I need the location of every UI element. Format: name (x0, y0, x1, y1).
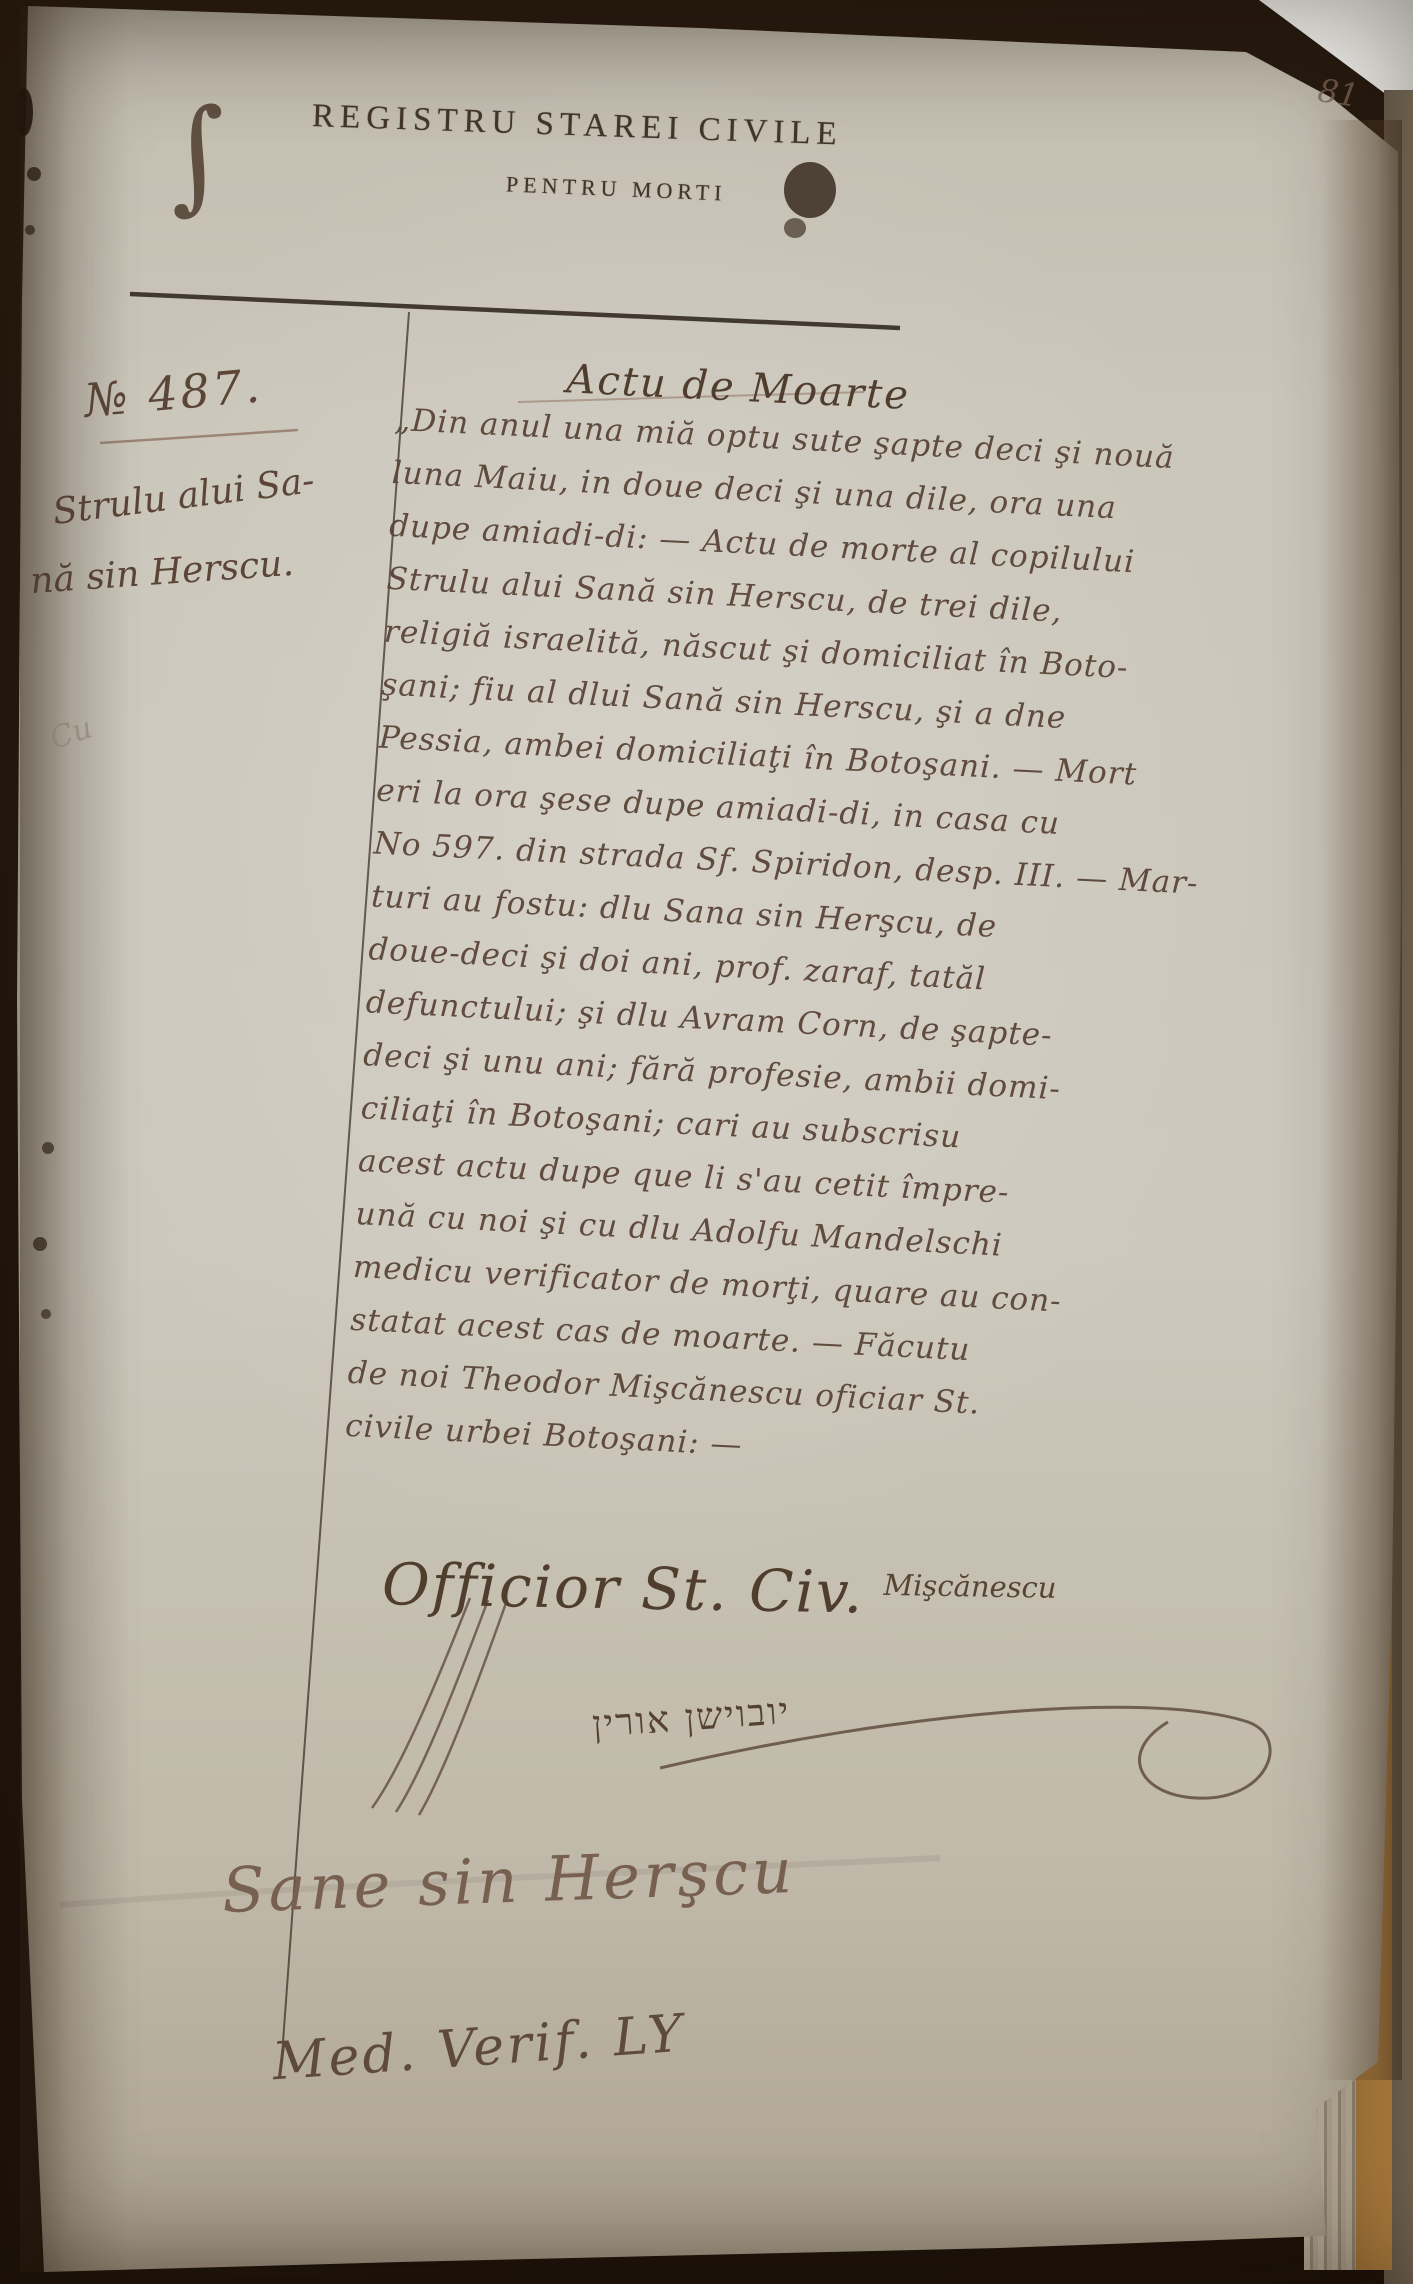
page-number: 81 (1315, 71, 1361, 115)
photo-of-register-page: REGISTRU STAREI CIVILE PENTRU MORTI ∫ 81… (0, 0, 1413, 2284)
officer-signature-title: Officior St. Civ. (381, 1550, 864, 1626)
act-body: Actu de Moarte „Din anul una miă optu su… (344, 348, 1407, 1502)
officer-signature: Officior St. Civ. Mişcănescu (381, 1550, 1057, 1630)
officer-signature-name: Mişcănescu (883, 1568, 1057, 1605)
binding-gutter-shadow (20, 6, 130, 2272)
